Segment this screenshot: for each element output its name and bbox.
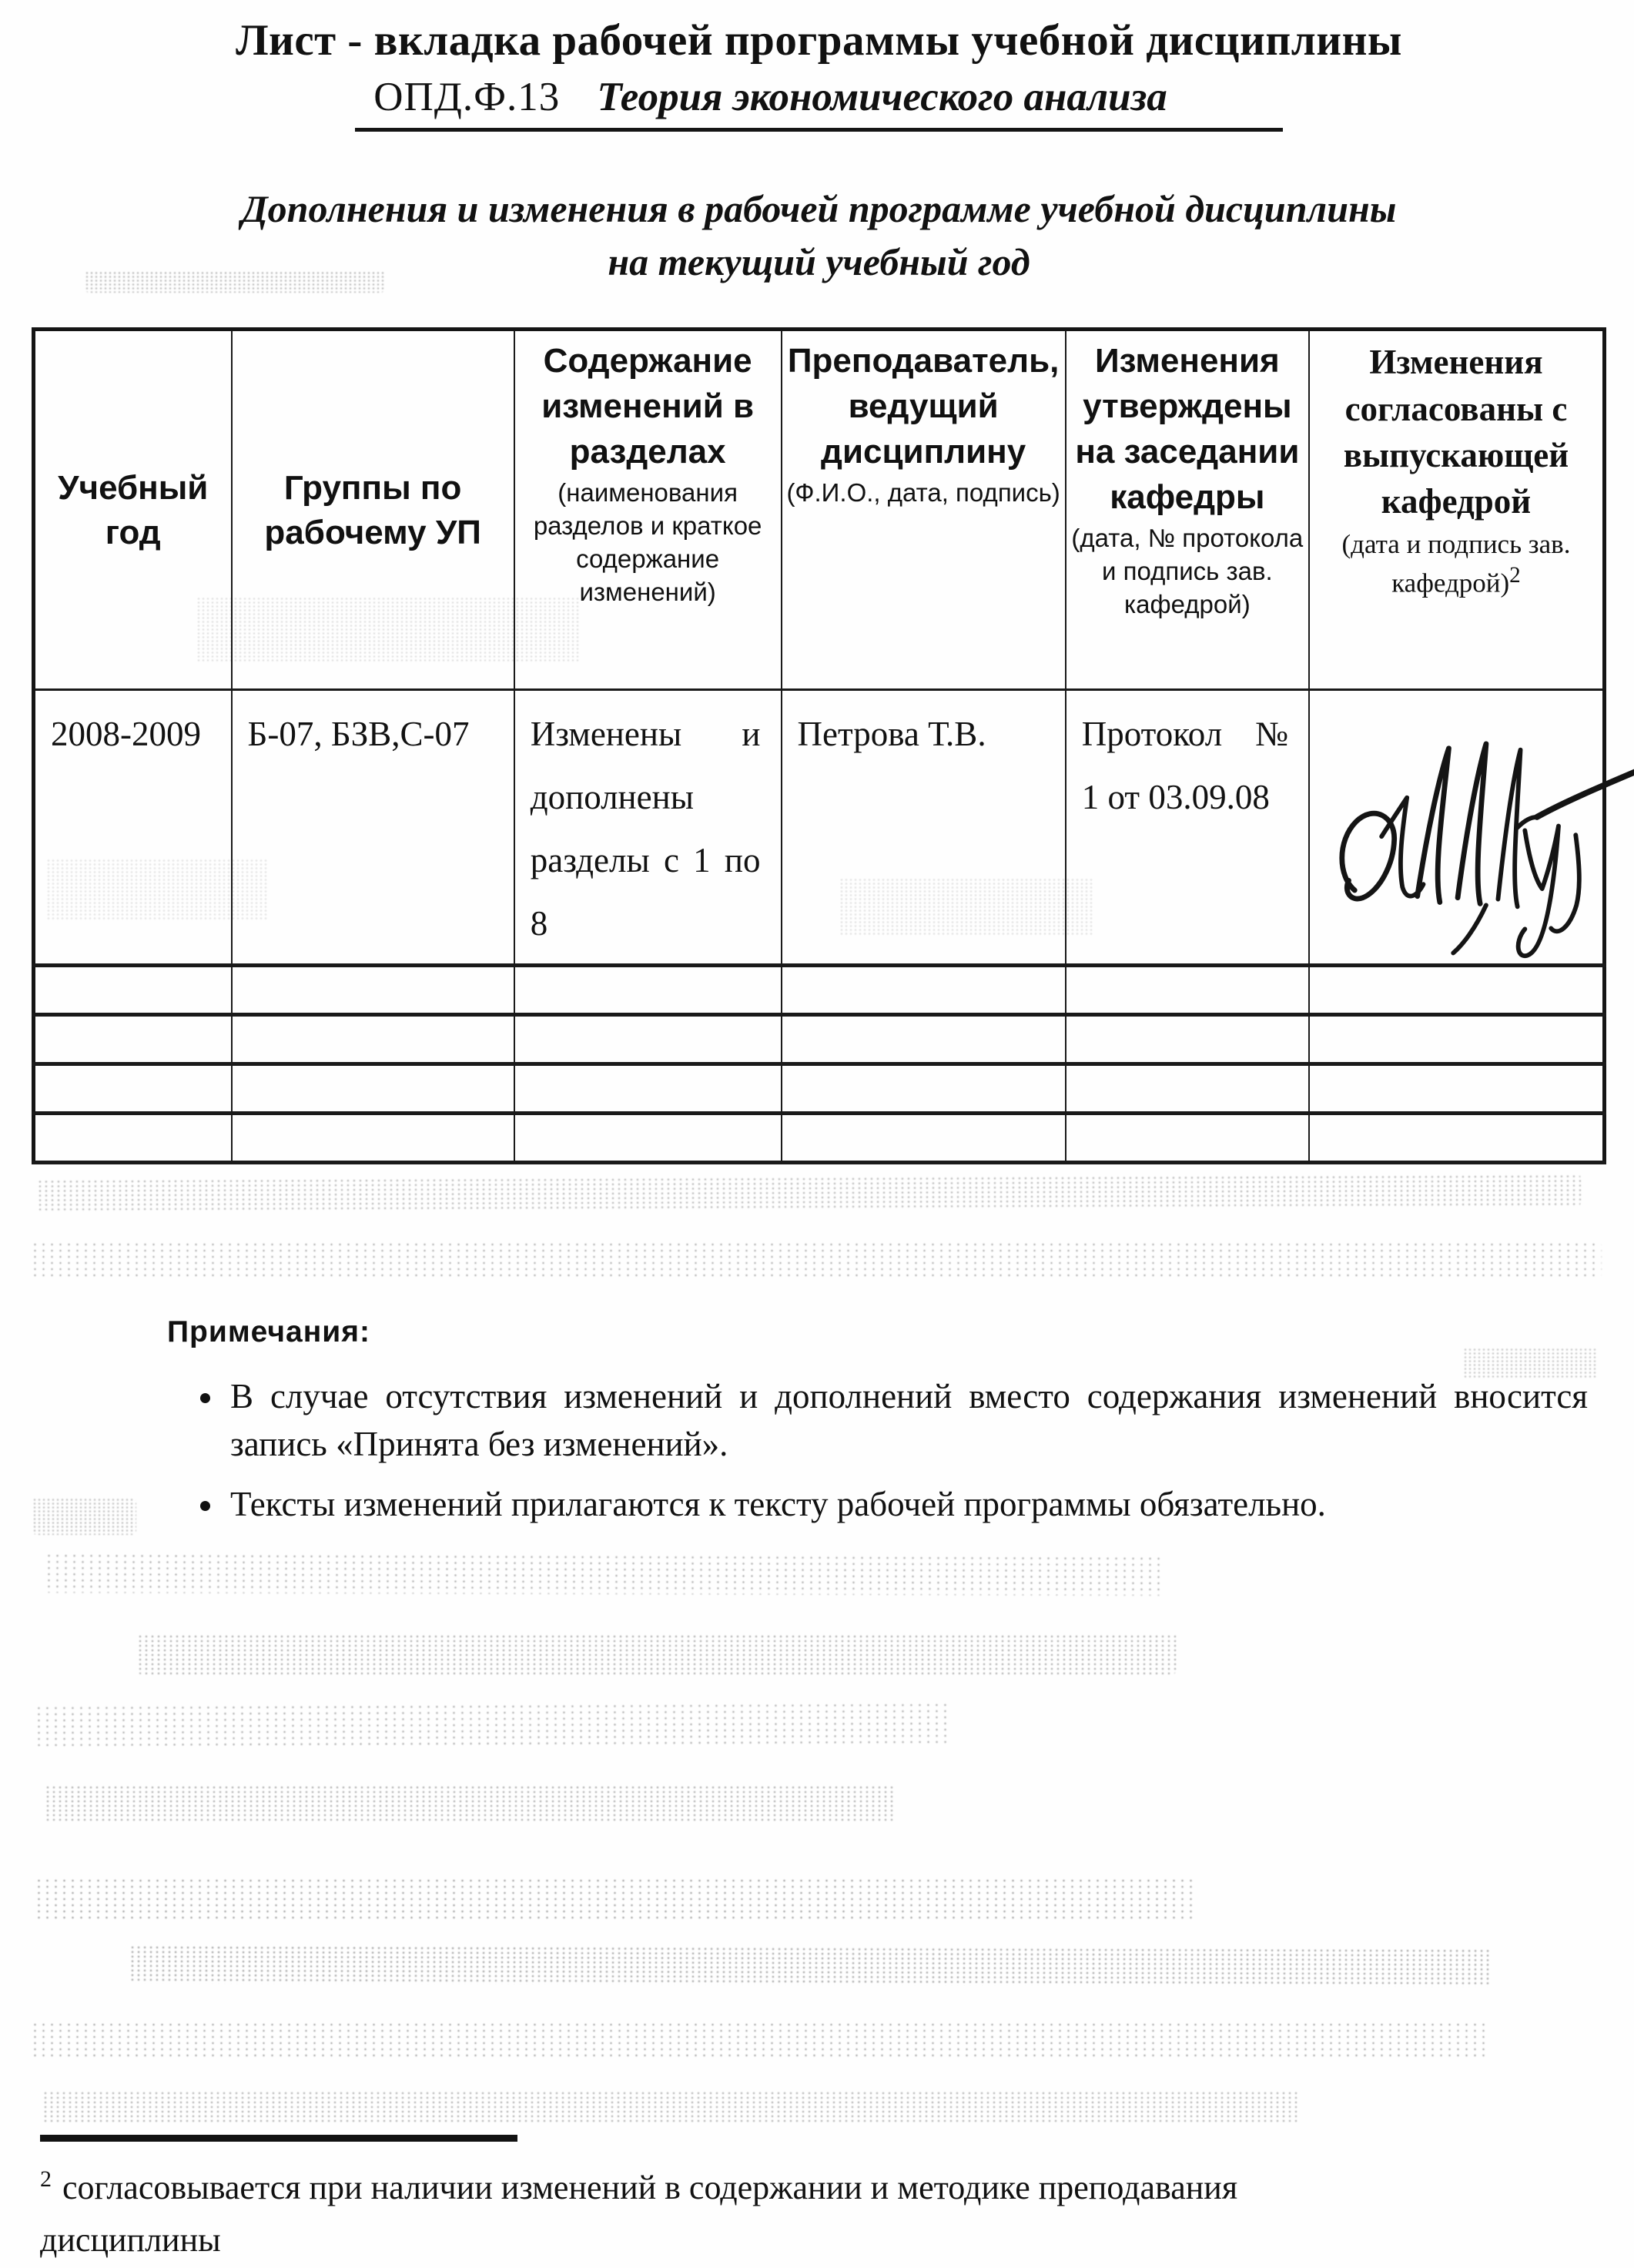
empty-cell <box>34 1064 232 1114</box>
empty-cell <box>782 1015 1066 1064</box>
empty-cell <box>1309 1015 1605 1064</box>
scan-noise-band <box>42 2091 1301 2123</box>
empty-table-row <box>34 1064 1605 1114</box>
subtitle-line-2: на текущий учебный год <box>32 236 1606 289</box>
empty-cell <box>514 1114 782 1163</box>
subtitle-line-1: Дополнения и изменения в рабочей програм… <box>32 183 1606 236</box>
groups-cell: Б-07, БЗВ,С-07 <box>232 690 514 966</box>
header-cell-approval: Изменения утверждены на заседании кафедр… <box>1066 330 1309 690</box>
header-changes-note: (наименования разделов и краткое содержа… <box>519 477 777 609</box>
teacher-cell: Петрова Т.В. <box>782 690 1066 966</box>
header-cell-agreement: Изменения согласованы с выпускающей кафе… <box>1309 330 1605 690</box>
header-cell-year: Учебный год <box>34 330 232 690</box>
empty-cell <box>782 1114 1066 1163</box>
notes-heading: Примечания: <box>167 1315 1588 1349</box>
header-changes-title: Содержание изменений в разделах <box>541 342 754 471</box>
empty-cell <box>34 1114 232 1163</box>
scan-noise-band <box>137 1634 1177 1674</box>
notes-section: Примечания: В случае отсутствия изменени… <box>167 1315 1588 1528</box>
header-approval-note: (дата, № протокола и подпись зав. кафедр… <box>1070 522 1304 621</box>
empty-cell <box>1066 1064 1309 1114</box>
table-row: 2008-2009 Б-07, БЗВ,С-07 Изменены и допо… <box>34 690 1605 966</box>
year-cell: 2008-2009 <box>34 690 232 966</box>
header-agreement-note: (дата и подпись зав. кафедрой)2 <box>1314 527 1599 601</box>
empty-cell <box>514 1015 782 1064</box>
empty-cell <box>1066 966 1309 1015</box>
empty-cell <box>1309 1064 1605 1114</box>
document-subtitle: Дополнения и изменения в рабочей програм… <box>32 183 1606 289</box>
footnote-reference: 2 <box>1509 563 1521 588</box>
changes-cell: Изменены и дополнены разделы с 1 по 8 <box>514 690 782 966</box>
empty-table-row <box>34 1114 1605 1163</box>
note-item: В случае отсутствия изменений и дополнен… <box>226 1372 1588 1468</box>
empty-cell <box>232 966 514 1015</box>
header-groups-title: Группы по рабочему УП <box>264 469 480 552</box>
course-name: Теория экономического анализа <box>597 75 1167 119</box>
empty-table-row <box>34 966 1605 1015</box>
empty-cell <box>1066 1015 1309 1064</box>
header-agreement-title: Изменения согласованы с выпускающей кафе… <box>1344 343 1569 521</box>
footnote-text: 2согласовывается при наличии изменений в… <box>40 2162 1334 2266</box>
footnote-marker: 2 <box>40 2166 52 2192</box>
empty-cell <box>782 1064 1066 1114</box>
course-code: ОПД.Ф.13 <box>373 75 560 119</box>
footnote-rule <box>40 2135 517 2142</box>
scan-noise-band <box>31 2022 1490 2060</box>
empty-cell <box>1066 1114 1309 1163</box>
header-cell-teacher: Преподаватель, ведущий дисциплину (Ф.И.О… <box>782 330 1066 690</box>
document-content: Лист - вкладка рабочей программы учебной… <box>0 0 1634 1528</box>
header-year-title: Учебный год <box>58 469 208 552</box>
header-cell-changes: Содержание изменений в разделах (наимено… <box>514 330 782 690</box>
scan-noise-band <box>35 1702 947 1747</box>
signature <box>1321 717 1634 963</box>
table-header-row: Учебный год Группы по рабочему УП Содерж… <box>34 330 1605 690</box>
empty-table-row <box>34 1015 1605 1064</box>
empty-cell <box>34 966 232 1015</box>
page-title: Лист - вкладка рабочей программы учебной… <box>32 15 1606 66</box>
scan-noise-band <box>45 1553 1165 1596</box>
scan-noise-band <box>129 1945 1492 1988</box>
course-line: ОПД.Ф.13Теория экономического анализа <box>32 74 1606 132</box>
agreement-cell <box>1309 690 1605 966</box>
empty-cell <box>782 966 1066 1015</box>
note-item: Тексты изменений прилагаются к тексту ра… <box>226 1480 1588 1528</box>
empty-cell <box>514 1064 782 1114</box>
notes-list: В случае отсутствия изменений и дополнен… <box>167 1372 1588 1528</box>
empty-cell <box>232 1015 514 1064</box>
empty-cell <box>1309 1114 1605 1163</box>
scan-noise-band <box>35 1878 1194 1920</box>
header-teacher-title: Преподаватель, ведущий дисциплину <box>788 342 1059 471</box>
header-cell-groups: Группы по рабочему УП <box>232 330 514 690</box>
header-teacher-note: (Ф.И.О., дата, подпись) <box>786 477 1061 510</box>
document-page: Лист - вкладка рабочей программы учебной… <box>0 0 1634 2268</box>
course-underline: ОПД.Ф.13Теория экономического анализа <box>355 74 1283 132</box>
header-approval-title: Изменения утверждены на заседании кафедр… <box>1075 342 1299 516</box>
changes-table: Учебный год Группы по рабочему УП Содерж… <box>32 327 1606 1164</box>
empty-cell <box>1309 966 1605 1015</box>
scan-noise-band <box>45 1785 896 1822</box>
empty-cell <box>232 1064 514 1114</box>
empty-cell <box>514 966 782 1015</box>
empty-cell <box>34 1015 232 1064</box>
footnote: 2согласовывается при наличии изменений в… <box>40 2135 1334 2266</box>
empty-cell <box>232 1114 514 1163</box>
approval-cell: Протокол № 1 от 03.09.08 <box>1066 690 1309 966</box>
